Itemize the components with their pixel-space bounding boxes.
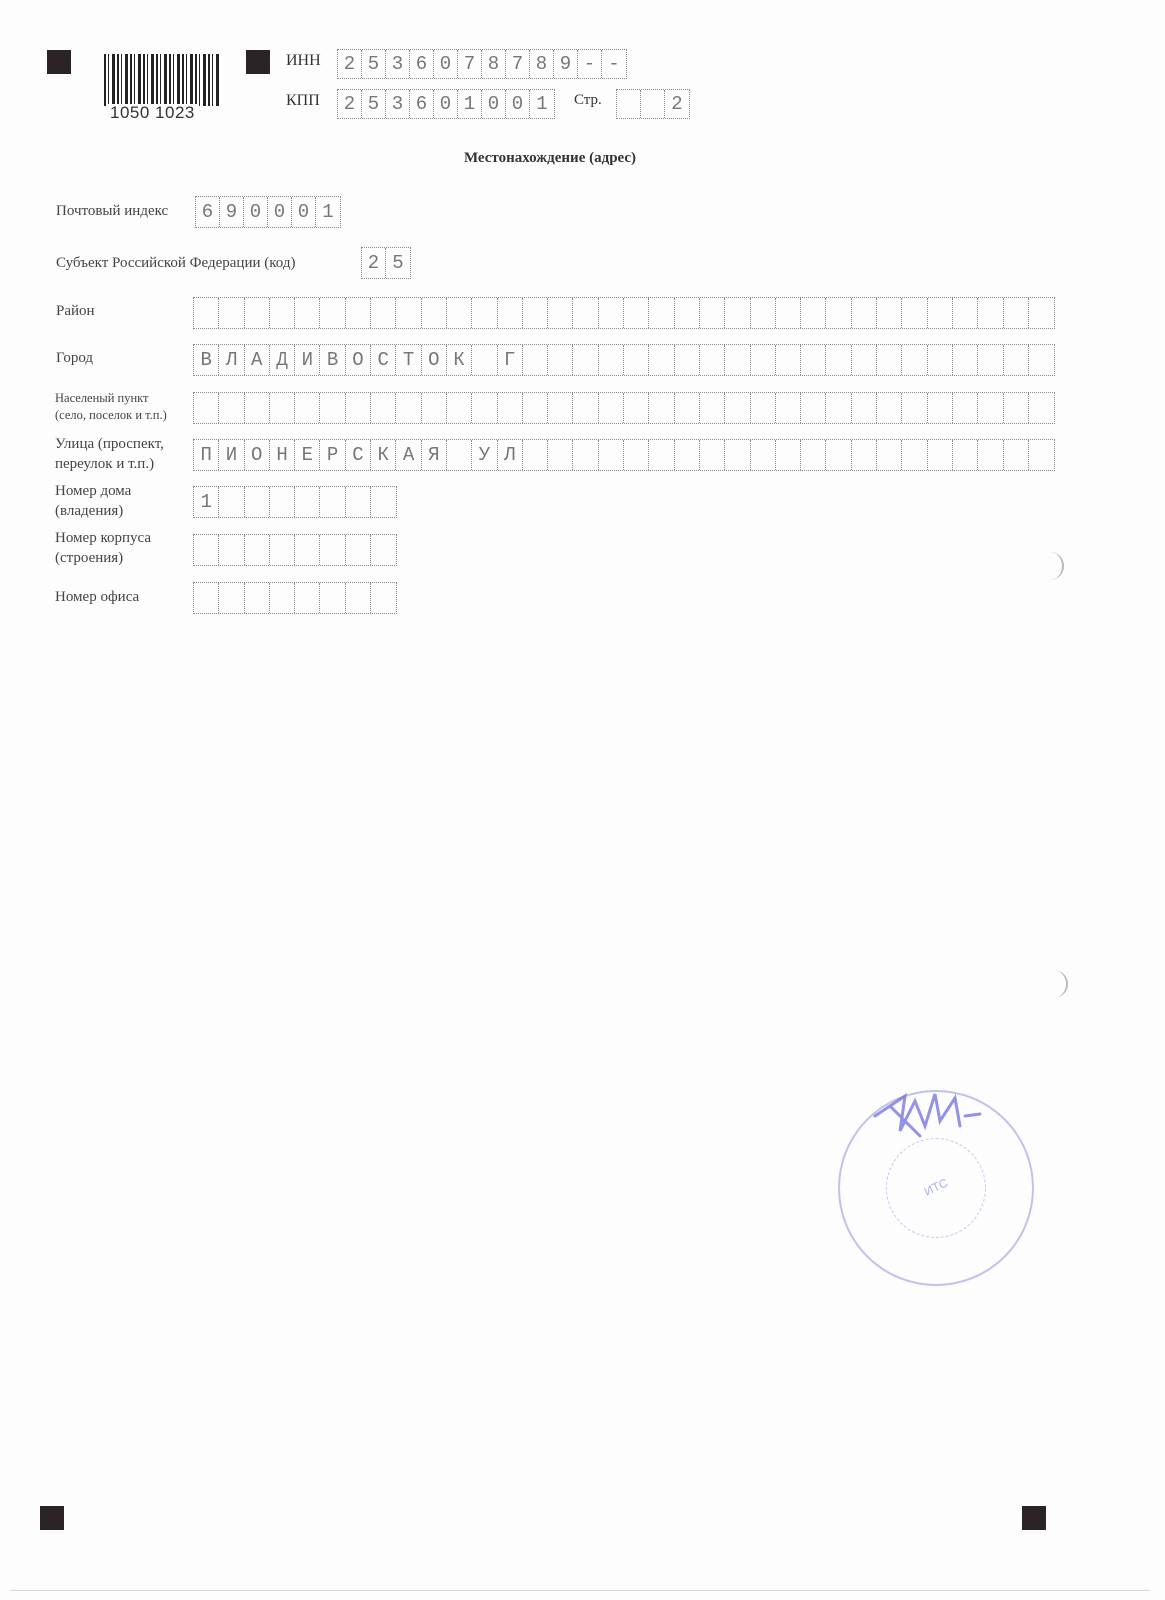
char-cell[interactable] xyxy=(624,393,649,423)
char-cell[interactable] xyxy=(1004,440,1029,470)
char-cell[interactable] xyxy=(270,535,295,565)
char-cell[interactable] xyxy=(371,487,396,517)
char-cell[interactable]: У xyxy=(472,440,497,470)
char-cell[interactable]: О xyxy=(245,440,270,470)
char-cell[interactable] xyxy=(978,440,1003,470)
char-cell[interactable]: П xyxy=(194,440,219,470)
char-cell[interactable]: 8 xyxy=(482,50,506,78)
char-cell[interactable]: Е xyxy=(295,440,320,470)
char-cell[interactable] xyxy=(371,535,396,565)
char-cell[interactable] xyxy=(776,298,801,328)
char-cell[interactable] xyxy=(776,393,801,423)
house-number-field[interactable]: 1 xyxy=(193,486,397,518)
postal-code-field[interactable]: 690001 xyxy=(195,196,341,228)
house-label-line1: Номер дома xyxy=(55,481,131,501)
char-cell[interactable]: В xyxy=(320,345,345,375)
building-label: Номер корпуса (строения) xyxy=(55,528,151,568)
char-cell[interactable] xyxy=(877,440,902,470)
char-cell[interactable] xyxy=(472,298,497,328)
char-cell[interactable] xyxy=(751,298,776,328)
char-cell[interactable] xyxy=(295,535,320,565)
char-cell[interactable] xyxy=(1004,298,1029,328)
char-cell[interactable] xyxy=(826,298,851,328)
street-label-line1: Улица (проспект, xyxy=(55,434,164,454)
locality-field[interactable] xyxy=(193,392,1055,424)
char-cell[interactable] xyxy=(725,345,750,375)
char-cell[interactable] xyxy=(270,393,295,423)
char-cell[interactable]: Т xyxy=(396,345,421,375)
char-cell[interactable] xyxy=(245,393,270,423)
region-code-field[interactable]: 25 xyxy=(361,247,411,279)
char-cell[interactable]: Н xyxy=(270,440,295,470)
char-cell[interactable]: О xyxy=(346,345,371,375)
char-cell[interactable]: 0 xyxy=(434,50,458,78)
char-cell[interactable] xyxy=(877,298,902,328)
char-cell[interactable] xyxy=(573,440,598,470)
char-cell[interactable] xyxy=(902,298,927,328)
char-cell[interactable]: 5 xyxy=(362,90,386,118)
char-cell[interactable] xyxy=(599,298,624,328)
char-cell[interactable] xyxy=(877,345,902,375)
char-cell[interactable] xyxy=(902,440,927,470)
char-cell[interactable] xyxy=(776,345,801,375)
inn-field[interactable]: 2536078789-- xyxy=(337,49,627,79)
city-field[interactable]: ВЛАДИВОСТОК Г xyxy=(193,344,1055,376)
char-cell[interactable] xyxy=(295,583,320,613)
building-label-line1: Номер корпуса xyxy=(55,528,151,548)
office-number-field[interactable] xyxy=(193,582,397,614)
char-cell[interactable] xyxy=(1029,393,1054,423)
char-cell[interactable]: Л xyxy=(498,440,523,470)
char-cell[interactable]: 6 xyxy=(410,50,434,78)
char-cell[interactable]: 0 xyxy=(292,197,316,227)
street-label: Улица (проспект, переулок и т.п.) xyxy=(55,434,164,474)
char-cell[interactable]: 6 xyxy=(196,197,220,227)
char-cell[interactable] xyxy=(978,393,1003,423)
char-cell[interactable] xyxy=(1029,345,1054,375)
char-cell[interactable] xyxy=(422,393,447,423)
char-cell[interactable] xyxy=(245,535,270,565)
page-number-field[interactable]: 2 xyxy=(616,89,690,119)
char-cell[interactable]: С xyxy=(346,440,371,470)
char-cell[interactable] xyxy=(320,393,345,423)
char-cell[interactable] xyxy=(700,440,725,470)
char-cell[interactable] xyxy=(700,393,725,423)
char-cell[interactable] xyxy=(624,298,649,328)
char-cell[interactable]: Д xyxy=(270,345,295,375)
alignment-marker-bottom-left xyxy=(40,1506,64,1530)
char-cell[interactable] xyxy=(346,298,371,328)
char-cell[interactable] xyxy=(548,393,573,423)
char-cell[interactable] xyxy=(320,298,345,328)
char-cell[interactable] xyxy=(219,583,244,613)
char-cell[interactable] xyxy=(295,298,320,328)
char-cell[interactable] xyxy=(320,487,345,517)
locality-label-line1: Населеный пункт xyxy=(55,390,167,407)
page-label: Стр. xyxy=(574,92,602,109)
section-title: Местонахождение (адрес) xyxy=(0,150,1100,167)
char-cell[interactable] xyxy=(422,298,447,328)
char-cell[interactable] xyxy=(649,393,674,423)
char-cell[interactable]: О xyxy=(422,345,447,375)
char-cell[interactable] xyxy=(245,487,270,517)
street-label-line2: переулок и т.п.) xyxy=(55,454,164,474)
char-cell[interactable]: 2 xyxy=(665,90,689,118)
char-cell[interactable] xyxy=(725,440,750,470)
char-cell[interactable] xyxy=(649,345,674,375)
char-cell[interactable] xyxy=(472,345,497,375)
char-cell[interactable]: А xyxy=(245,345,270,375)
char-cell[interactable] xyxy=(472,393,497,423)
kpp-field[interactable]: 253601001 xyxy=(337,89,555,119)
char-cell[interactable] xyxy=(801,393,826,423)
char-cell[interactable] xyxy=(852,440,877,470)
char-cell[interactable] xyxy=(219,535,244,565)
char-cell[interactable] xyxy=(295,487,320,517)
char-cell[interactable] xyxy=(902,393,927,423)
char-cell[interactable] xyxy=(649,298,674,328)
char-cell[interactable] xyxy=(523,440,548,470)
char-cell[interactable]: 7 xyxy=(506,50,530,78)
char-cell[interactable] xyxy=(548,345,573,375)
char-cell[interactable]: 1 xyxy=(316,197,340,227)
char-cell[interactable] xyxy=(320,535,345,565)
house-label: Номер дома (владения) xyxy=(55,481,131,521)
char-cell[interactable]: И xyxy=(219,440,244,470)
char-cell[interactable]: 5 xyxy=(362,50,386,78)
char-cell[interactable] xyxy=(270,583,295,613)
char-cell[interactable] xyxy=(573,393,598,423)
char-cell[interactable] xyxy=(675,298,700,328)
postal-code-label: Почтовый индекс xyxy=(56,201,168,221)
char-cell[interactable] xyxy=(295,393,320,423)
char-cell[interactable]: 1 xyxy=(458,90,482,118)
char-cell[interactable]: К xyxy=(447,345,472,375)
char-cell[interactable] xyxy=(523,345,548,375)
char-cell[interactable]: К xyxy=(371,440,396,470)
char-cell[interactable]: 0 xyxy=(244,197,268,227)
char-cell[interactable] xyxy=(346,583,371,613)
char-cell[interactable]: 7 xyxy=(458,50,482,78)
char-cell[interactable] xyxy=(396,298,421,328)
char-cell[interactable] xyxy=(523,393,548,423)
char-cell[interactable]: Я xyxy=(422,440,447,470)
district-field[interactable] xyxy=(193,297,1055,329)
building-number-field[interactable] xyxy=(193,534,397,566)
char-cell[interactable] xyxy=(928,298,953,328)
char-cell[interactable] xyxy=(219,298,244,328)
char-cell[interactable]: 1 xyxy=(530,90,554,118)
alignment-marker-bottom-right xyxy=(1022,1506,1046,1530)
char-cell[interactable] xyxy=(725,393,750,423)
seal-stamp: ИТС xyxy=(838,1090,1034,1286)
char-cell[interactable] xyxy=(801,298,826,328)
char-cell[interactable] xyxy=(573,298,598,328)
char-cell[interactable] xyxy=(826,393,851,423)
char-cell[interactable] xyxy=(194,535,219,565)
char-cell[interactable] xyxy=(852,345,877,375)
city-label: Город xyxy=(56,348,93,368)
char-cell[interactable]: 2 xyxy=(362,248,386,278)
char-cell[interactable]: 5 xyxy=(386,248,410,278)
char-cell[interactable] xyxy=(852,393,877,423)
char-cell[interactable] xyxy=(826,440,851,470)
char-cell[interactable] xyxy=(953,298,978,328)
barcode-number: 1050 1023 xyxy=(108,104,197,122)
char-cell[interactable] xyxy=(700,298,725,328)
char-cell[interactable] xyxy=(599,393,624,423)
char-cell[interactable] xyxy=(447,298,472,328)
char-cell[interactable] xyxy=(346,393,371,423)
char-cell[interactable] xyxy=(194,298,219,328)
char-cell[interactable] xyxy=(346,535,371,565)
char-cell[interactable] xyxy=(928,393,953,423)
char-cell[interactable] xyxy=(776,440,801,470)
office-label: Номер офиса xyxy=(55,587,139,607)
char-cell[interactable]: 0 xyxy=(506,90,530,118)
char-cell[interactable]: В xyxy=(194,345,219,375)
char-cell[interactable]: С xyxy=(371,345,396,375)
signature-icon xyxy=(870,1086,990,1146)
char-cell[interactable] xyxy=(675,440,700,470)
alignment-marker-top-center xyxy=(246,50,270,74)
locality-label: Населеный пункт (село, поселок и т.п.) xyxy=(55,390,167,424)
inn-label: ИНН xyxy=(286,52,321,70)
char-cell[interactable]: И xyxy=(295,345,320,375)
char-cell[interactable] xyxy=(1004,393,1029,423)
char-cell[interactable] xyxy=(245,583,270,613)
char-cell[interactable] xyxy=(320,583,345,613)
char-cell[interactable] xyxy=(548,440,573,470)
char-cell[interactable]: 9 xyxy=(554,50,578,78)
char-cell[interactable] xyxy=(801,345,826,375)
kpp-label: КПП xyxy=(286,92,320,110)
char-cell[interactable] xyxy=(371,298,396,328)
char-cell[interactable] xyxy=(675,393,700,423)
char-cell[interactable] xyxy=(371,583,396,613)
char-cell[interactable] xyxy=(751,393,776,423)
char-cell[interactable] xyxy=(270,487,295,517)
house-label-line2: (владения) xyxy=(55,501,131,521)
char-cell[interactable] xyxy=(953,393,978,423)
char-cell[interactable] xyxy=(928,345,953,375)
char-cell[interactable]: - xyxy=(602,50,626,78)
char-cell[interactable] xyxy=(396,393,421,423)
char-cell[interactable]: 9 xyxy=(220,197,244,227)
char-cell[interactable] xyxy=(641,90,665,118)
region-code-label: Субъект Российской Федерации (код) xyxy=(56,253,295,273)
char-cell[interactable] xyxy=(219,393,244,423)
char-cell[interactable] xyxy=(826,345,851,375)
char-cell[interactable] xyxy=(649,440,674,470)
char-cell[interactable]: 3 xyxy=(386,50,410,78)
char-cell[interactable] xyxy=(801,440,826,470)
char-cell[interactable] xyxy=(1029,298,1054,328)
char-cell[interactable] xyxy=(624,345,649,375)
alignment-marker-top-left xyxy=(47,50,71,74)
building-label-line2: (строения) xyxy=(55,548,151,568)
char-cell[interactable]: 6 xyxy=(410,90,434,118)
char-cell[interactable]: 0 xyxy=(434,90,458,118)
char-cell[interactable]: 1 xyxy=(194,487,219,517)
char-cell[interactable]: 8 xyxy=(530,50,554,78)
char-cell[interactable] xyxy=(725,298,750,328)
street-field[interactable]: ПИОНЕРСКАЯ УЛ xyxy=(193,439,1055,471)
barcode-bars xyxy=(104,54,220,106)
char-cell[interactable] xyxy=(447,440,472,470)
char-cell[interactable] xyxy=(675,345,700,375)
char-cell[interactable] xyxy=(599,440,624,470)
char-cell[interactable] xyxy=(346,487,371,517)
char-cell[interactable] xyxy=(573,345,598,375)
char-cell[interactable]: 0 xyxy=(268,197,292,227)
char-cell[interactable]: 0 xyxy=(482,90,506,118)
char-cell[interactable]: Г xyxy=(498,345,523,375)
char-cell[interactable] xyxy=(548,298,573,328)
char-cell[interactable] xyxy=(624,440,649,470)
char-cell[interactable] xyxy=(852,298,877,328)
char-cell[interactable] xyxy=(498,298,523,328)
char-cell[interactable] xyxy=(498,393,523,423)
punch-hole-shadow xyxy=(1052,970,1068,998)
locality-label-line2: (село, поселок и т.п.) xyxy=(55,407,167,424)
char-cell[interactable] xyxy=(245,298,270,328)
char-cell[interactable] xyxy=(902,345,927,375)
char-cell[interactable] xyxy=(270,298,295,328)
char-cell[interactable] xyxy=(194,583,219,613)
char-cell[interactable] xyxy=(194,393,219,423)
char-cell[interactable] xyxy=(700,345,725,375)
char-cell[interactable]: 3 xyxy=(386,90,410,118)
char-cell[interactable] xyxy=(371,393,396,423)
char-cell[interactable]: - xyxy=(578,50,602,78)
char-cell[interactable] xyxy=(751,345,776,375)
char-cell[interactable] xyxy=(751,440,776,470)
district-label: Район xyxy=(56,301,95,321)
char-cell[interactable]: 2 xyxy=(338,50,362,78)
char-cell[interactable] xyxy=(978,298,1003,328)
char-cell[interactable] xyxy=(953,345,978,375)
char-cell[interactable] xyxy=(523,298,548,328)
char-cell[interactable]: Р xyxy=(320,440,345,470)
char-cell[interactable] xyxy=(447,393,472,423)
char-cell[interactable] xyxy=(978,345,1003,375)
char-cell[interactable] xyxy=(877,393,902,423)
char-cell[interactable] xyxy=(953,440,978,470)
char-cell[interactable] xyxy=(617,90,641,118)
char-cell[interactable]: А xyxy=(396,440,421,470)
char-cell[interactable] xyxy=(1029,440,1054,470)
char-cell[interactable]: 2 xyxy=(338,90,362,118)
char-cell[interactable] xyxy=(1004,345,1029,375)
char-cell[interactable] xyxy=(219,487,244,517)
punch-hole-shadow xyxy=(1048,552,1064,580)
char-cell[interactable] xyxy=(599,345,624,375)
char-cell[interactable] xyxy=(928,440,953,470)
page-edge-line xyxy=(10,1590,1150,1591)
char-cell[interactable]: Л xyxy=(219,345,244,375)
barcode: 1050 1023 xyxy=(104,54,220,122)
